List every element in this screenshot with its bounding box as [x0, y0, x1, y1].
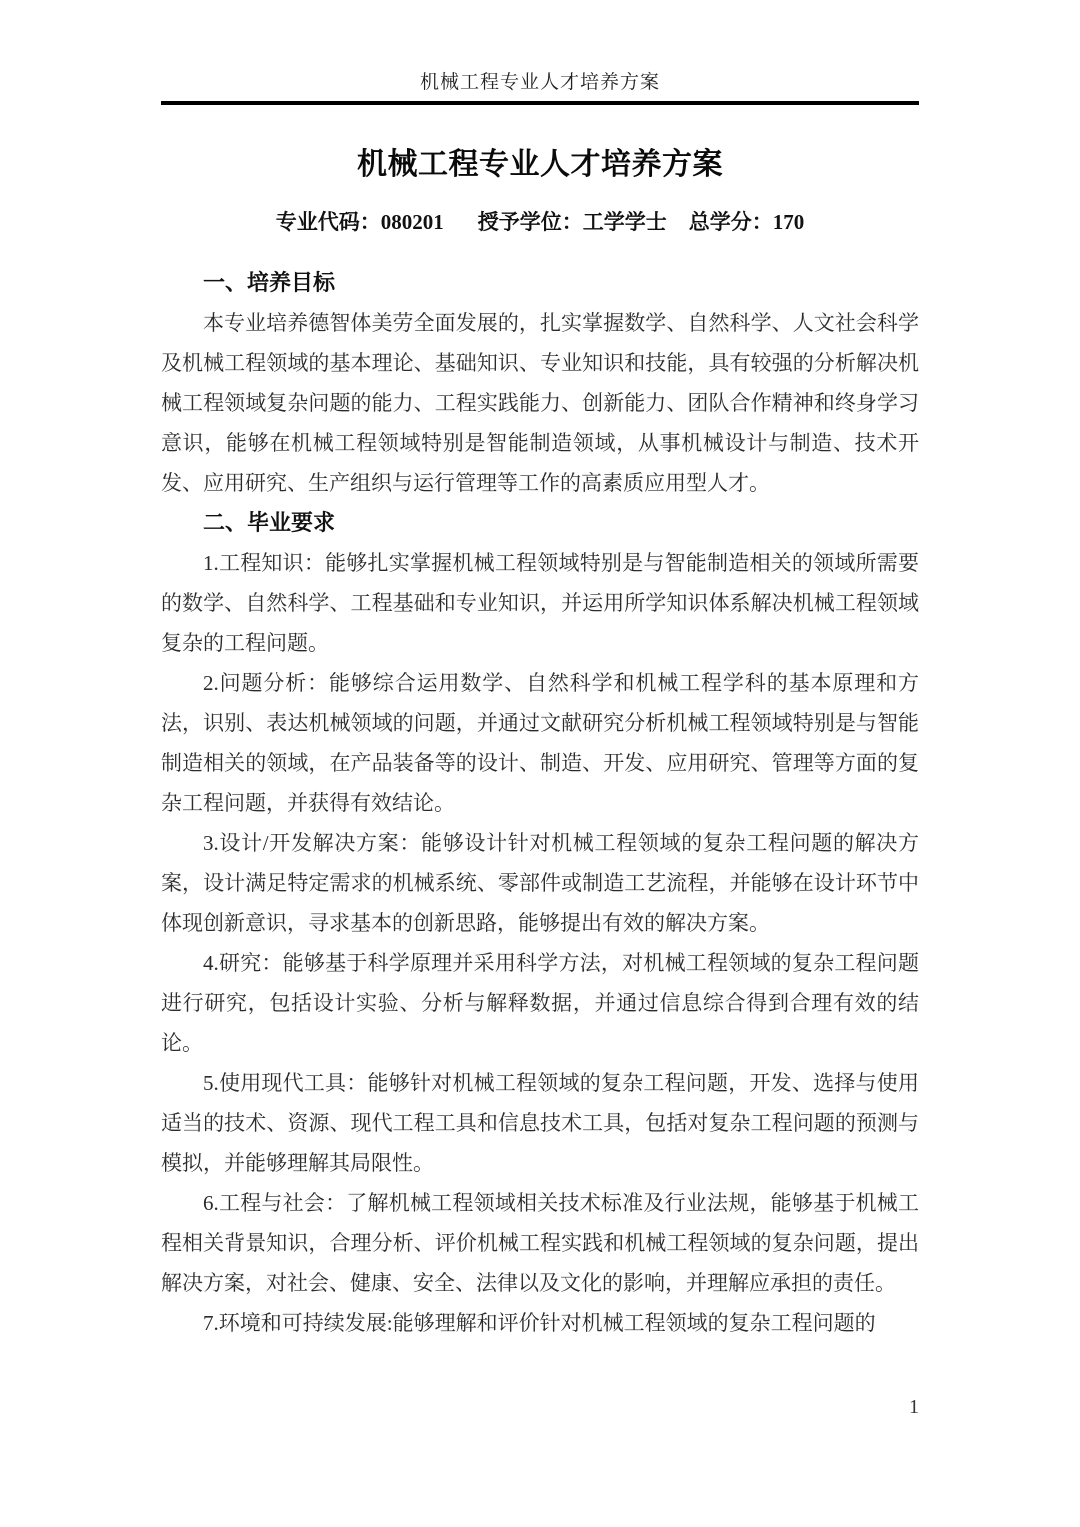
meta-line: 专业代码：080201授予学位：工学学士总学分：170 [161, 207, 919, 237]
requirement-item-3-design-solutions: 3.设计/开发解决方案：能够设计针对机械工程领域的复杂工程问题的解决方案，设计满… [161, 823, 919, 943]
section-heading-training-objectives: 一、培养目标 [161, 263, 919, 303]
training-objectives-paragraph: 本专业培养德智体美劳全面发展的，扎实掌握数学、自然科学、人文社会科学及机械工程领… [161, 303, 919, 503]
meta-major-code: 专业代码：080201 [276, 210, 444, 234]
requirement-item-5-modern-tools: 5.使用现代工具：能够针对机械工程领域的复杂工程问题，开发、选择与使用适当的技术… [161, 1063, 919, 1183]
requirement-item-7-environment-sustainability: 7.环境和可持续发展:能够理解和评价针对机械工程领域的复杂工程问题的 [161, 1303, 919, 1343]
requirement-item-4-research: 4.研究：能够基于科学原理并采用科学方法，对机械工程领域的复杂工程问题进行研究，… [161, 943, 919, 1063]
meta-total-credits: 总学分：170 [689, 210, 805, 234]
document-page: 机械工程专业人才培养方案 机械工程专业人才培养方案 专业代码：080201授予学… [0, 0, 1080, 1527]
header-divider-double-line [161, 101, 919, 105]
page-number: 1 [909, 1396, 919, 1418]
meta-degree: 授予学位：工学学士 [478, 210, 667, 234]
requirement-item-6-engineering-society: 6.工程与社会：了解机械工程领域相关技术标准及行业法规，能够基于机械工程相关背景… [161, 1183, 919, 1303]
section-heading-graduation-requirements: 二、毕业要求 [161, 503, 919, 543]
requirement-item-2-problem-analysis: 2.问题分析：能够综合运用数学、自然科学和机械工程学科的基本原理和方法，识别、表… [161, 663, 919, 823]
document-title: 机械工程专业人才培养方案 [161, 143, 919, 187]
page-footer: 1 [161, 1394, 919, 1420]
running-header-title: 机械工程专业人才培养方案 [161, 0, 919, 96]
page-content: 机械工程专业人才培养方案 机械工程专业人才培养方案 专业代码：080201授予学… [0, 0, 1080, 1343]
requirement-item-1-engineering-knowledge: 1.工程知识：能够扎实掌握机械工程领域特别是与智能制造相关的领域所需要的数学、自… [161, 543, 919, 663]
